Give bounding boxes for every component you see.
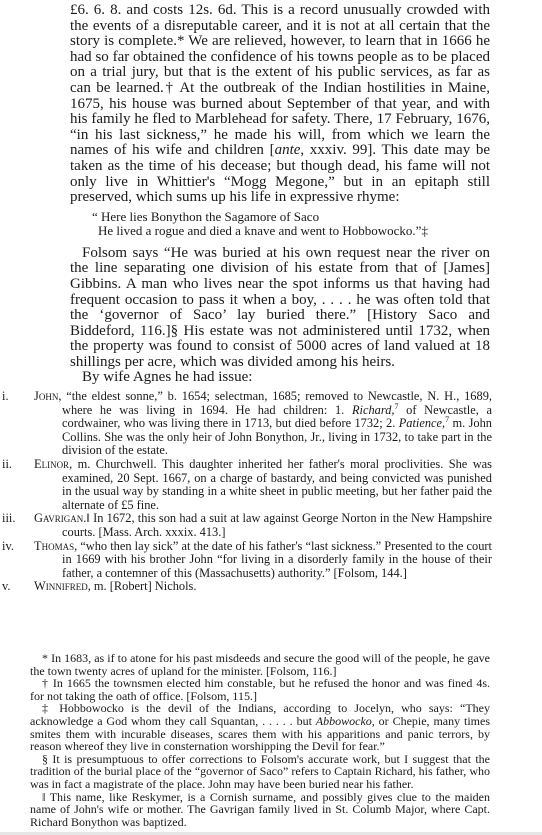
issue-name: Winnifred xyxy=(34,579,88,593)
main-text: £6. 6. 8. and costs 12s. 6d. This is a r… xyxy=(70,3,490,594)
ante-reference: ante xyxy=(275,142,301,158)
issue-text: , m. Churchwell. This daughter inherited… xyxy=(62,457,492,512)
verse-line-1: “ Here lies Bonython the Sagamore of Sac… xyxy=(92,210,490,225)
issue-numeral: ii. xyxy=(2,458,30,472)
issue-heading: By wife Agnes he had issue: xyxy=(70,370,490,386)
issue-name: Elinor xyxy=(34,457,69,471)
issue-name: Thomas xyxy=(34,539,74,553)
footnote-section: § It is presumptuous to offer correction… xyxy=(30,753,490,791)
paragraph-2: Folsom says “He was buried at his own re… xyxy=(70,246,490,371)
paragraph-1: £6. 6. 8. and costs 12s. 6d. This is a r… xyxy=(70,3,490,206)
issue-name: John xyxy=(34,389,58,403)
issue-numeral: v. xyxy=(2,580,30,594)
issue-text: .‖ In 1672, this son had a suit at law a… xyxy=(62,511,492,539)
issue-item-winnifred: v.Winnifred, m. [Robert] Nichols. xyxy=(2,580,492,594)
document-page: £6. 6. 8. and costs 12s. 6d. This is a r… xyxy=(0,0,542,832)
issue-numeral: iii. xyxy=(2,512,30,526)
verse-line-2: He lived a rogue and died a knave and we… xyxy=(92,224,490,239)
footnote-parallel: ‖ This name, like Reskymer, is a Cornish… xyxy=(30,791,490,829)
paragraph-1-text: £6. 6. 8. and costs 12s. 6d. This is a r… xyxy=(70,2,490,158)
issue-numeral: i. xyxy=(2,390,30,404)
issue-list: i.John, “the eldest sonne,” b. 1654; sel… xyxy=(70,390,490,594)
epitaph-verse: “ Here lies Bonython the Sagamore of Sac… xyxy=(92,210,490,239)
issue-numeral: iv. xyxy=(2,540,30,554)
footnote-asterisk: * In 1683, as if to atone for his past m… xyxy=(30,652,490,677)
child-name: Richard, xyxy=(352,403,395,417)
issue-item-elinor: ii.Elinor, m. Churchwell. This daughter … xyxy=(2,458,492,512)
issue-text: , “who then lay sick” at the date of his… xyxy=(62,539,492,580)
footnotes: * In 1683, as if to atone for his past m… xyxy=(30,652,490,828)
footnote-dagger: † In 1665 the townsmen elected him const… xyxy=(30,677,490,702)
issue-text: , m. [Robert] Nichols. xyxy=(88,579,197,593)
child-name: Patience, xyxy=(399,416,445,430)
footnote-double-dagger: ‡ Hobbowocko is the devil of the Indians… xyxy=(30,702,490,752)
issue-item-john: i.John, “the eldest sonne,” b. 1654; sel… xyxy=(2,390,492,458)
issue-item-thomas: iv.Thomas, “who then lay sick” at the da… xyxy=(2,540,492,581)
issue-item-gavrigan: iii.Gavrigan.‖ In 1672, this son had a s… xyxy=(2,512,492,539)
issue-name: Gavrigan xyxy=(34,511,83,525)
